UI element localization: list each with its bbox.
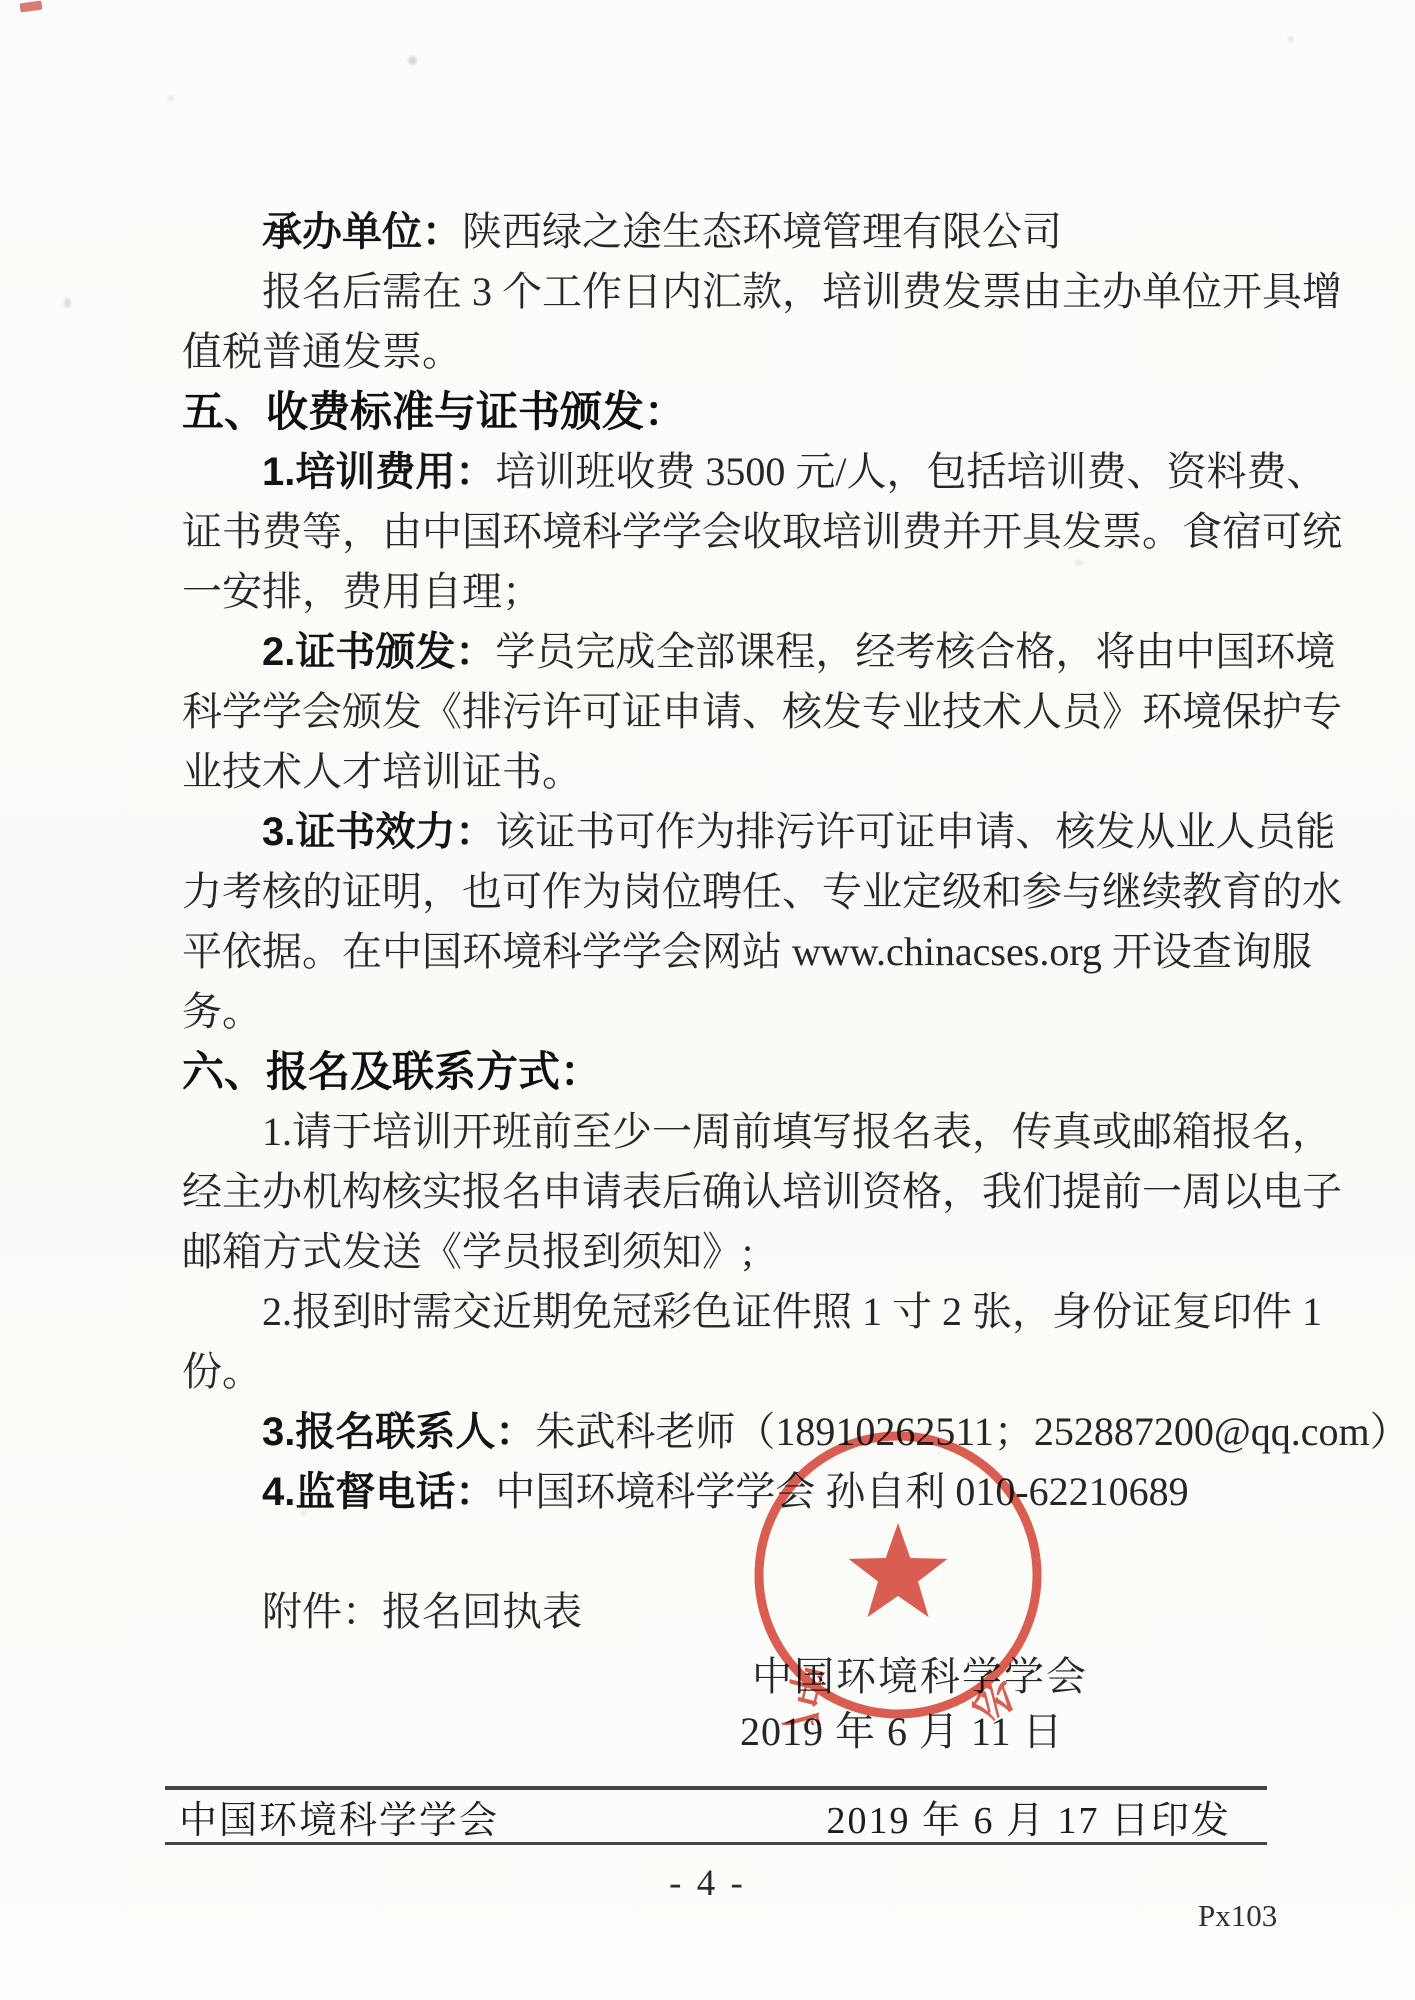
document-code: Px103 (1198, 1898, 1277, 1934)
bold-label: 4.监督电话： (262, 1470, 495, 1514)
text-segment: 2.报到时需交近期免冠彩色证件照 1 寸 2 张，身份证复印件 1 (262, 1289, 1322, 1334)
official-seal-stamp: 中国环境科学学会 (748, 1425, 1048, 1725)
text-line-5: 1.培训费用：培训班收费 3500 元/人，包括培训费、资料费、 (182, 442, 1277, 502)
scan-noise (168, 96, 174, 101)
text-line-19: 2.报到时需交近期免冠彩色证件照 1 寸 2 张，身份证复印件 1 (182, 1282, 1277, 1342)
text-segment: 经主办机构核实报名申请表后确认培训资格，我们提前一周以电子 (182, 1169, 1342, 1214)
text-line-23 (182, 1522, 1277, 1582)
text-segment: 该证书可作为排污许可证申请、核发从业人员能 (495, 809, 1335, 854)
text-line-11: 3.证书效力：该证书可作为排污许可证申请、核发从业人员能 (182, 802, 1277, 862)
text-line-1: 承办单位：陕西绿之途生态环境管理有限公司 (182, 202, 1277, 262)
bold-label: 2.证书颁发： (262, 630, 495, 674)
scan-noise (1288, 36, 1294, 42)
text-line-18: 邮箱方式发送《学员报到须知》; (182, 1222, 1277, 1282)
text-segment: 科学学会颁发《排污许可证申请、核发专业技术人员》环境保护专 (182, 689, 1342, 734)
scan-noise (64, 298, 71, 308)
star-icon (849, 1523, 948, 1617)
bold-label: 六、报名及联系方式： (182, 1048, 602, 1095)
text-line-12: 力考核的证明，也可作为岗位聘任、专业定级和参与继续教育的水 (182, 862, 1277, 922)
text-line-3: 值税普通发票。 (182, 322, 1277, 382)
text-line-24: 附件：报名回执表 (182, 1582, 1277, 1642)
text-line-8: 2.证书颁发：学员完成全部课程，经考核合格，将由中国环境 (182, 622, 1277, 682)
text-segment: 一安排，费用自理； (182, 569, 542, 614)
text-line-15: 六、报名及联系方式： (182, 1042, 1277, 1102)
bold-label: 承办单位： (262, 210, 462, 254)
scan-noise (408, 56, 417, 65)
text-segment: 务。 (182, 989, 262, 1034)
bold-label: 3.报名联系人： (262, 1410, 535, 1454)
text-segment: 培训班收费 3500 元/人，包括培训费、资料费、 (495, 449, 1326, 494)
scan-red-mark (19, 1, 42, 13)
text-segment: 业技术人才培训证书。 (182, 749, 582, 794)
bold-label: 1.培训费用： (262, 450, 495, 494)
document-page: 承办单位：陕西绿之途生态环境管理有限公司报名后需在 3 个工作日内汇款，培训费发… (0, 0, 1415, 2000)
text-segment: 份。 (182, 1349, 262, 1394)
document-body: 承办单位：陕西绿之途生态环境管理有限公司报名后需在 3 个工作日内汇款，培训费发… (182, 202, 1277, 1642)
text-segment: 值税普通发票。 (182, 329, 462, 374)
text-segment: 1.请于培训开班前至少一周前填写报名表，传真或邮箱报名， (262, 1109, 1332, 1154)
bold-label: 3.证书效力： (262, 810, 495, 854)
text-line-13: 平依据。在中国环境科学学会网站 www.chinacses.org 开设查询服 (182, 922, 1277, 982)
text-line-22: 4.监督电话：中国环境科学学会 孙自利 010-62210689 (182, 1462, 1277, 1522)
text-line-10: 业技术人才培训证书。 (182, 742, 1277, 802)
footer-band: 中国环境科学学会 2019 年 6 月 17 日印发 (165, 1786, 1267, 1845)
text-line-16: 1.请于培训开班前至少一周前填写报名表，传真或邮箱报名， (182, 1102, 1277, 1162)
text-line-6: 证书费等，由中国环境科学学会收取培训费并开具发票。食宿可统 (182, 502, 1277, 562)
text-line-2: 报名后需在 3 个工作日内汇款，培训费发票由主办单位开具增 (182, 262, 1277, 322)
footer-issue-date: 2019 年 6 月 17 日印发 (826, 1789, 1267, 1844)
text-line-17: 经主办机构核实报名申请表后确认培训资格，我们提前一周以电子 (182, 1162, 1277, 1222)
footer-org: 中国环境科学学会 (165, 1789, 499, 1844)
text-segment: 学员完成全部课程，经考核合格，将由中国环境 (495, 629, 1335, 674)
text-line-20: 份。 (182, 1342, 1277, 1402)
text-segment: 邮箱方式发送《学员报到须知》; (182, 1229, 753, 1274)
text-segment: 陕西绿之途生态环境管理有限公司 (462, 209, 1062, 254)
text-segment: 报名后需在 3 个工作日内汇款，培训费发票由主办单位开具增 (262, 269, 1342, 314)
bold-label: 五、收费标准与证书颁发： (182, 388, 686, 435)
text-line-7: 一安排，费用自理； (182, 562, 1277, 622)
text-line-14: 务。 (182, 982, 1277, 1042)
text-line-21: 3.报名联系人：朱武科老师（18910262511；252887200@qq.c… (182, 1402, 1277, 1462)
text-segment: 力考核的证明，也可作为岗位聘任、专业定级和参与继续教育的水 (182, 869, 1342, 914)
text-line-9: 科学学会颁发《排污许可证申请、核发专业技术人员》环境保护专 (182, 682, 1277, 742)
text-line-4: 五、收费标准与证书颁发： (182, 382, 1277, 442)
text-segment: 平依据。在中国环境科学学会网站 www.chinacses.org 开设查询服 (182, 929, 1312, 974)
text-segment: 证书费等，由中国环境科学学会收取培训费并开具发票。食宿可统 (182, 509, 1342, 554)
text-segment: 附件：报名回执表 (262, 1589, 582, 1634)
